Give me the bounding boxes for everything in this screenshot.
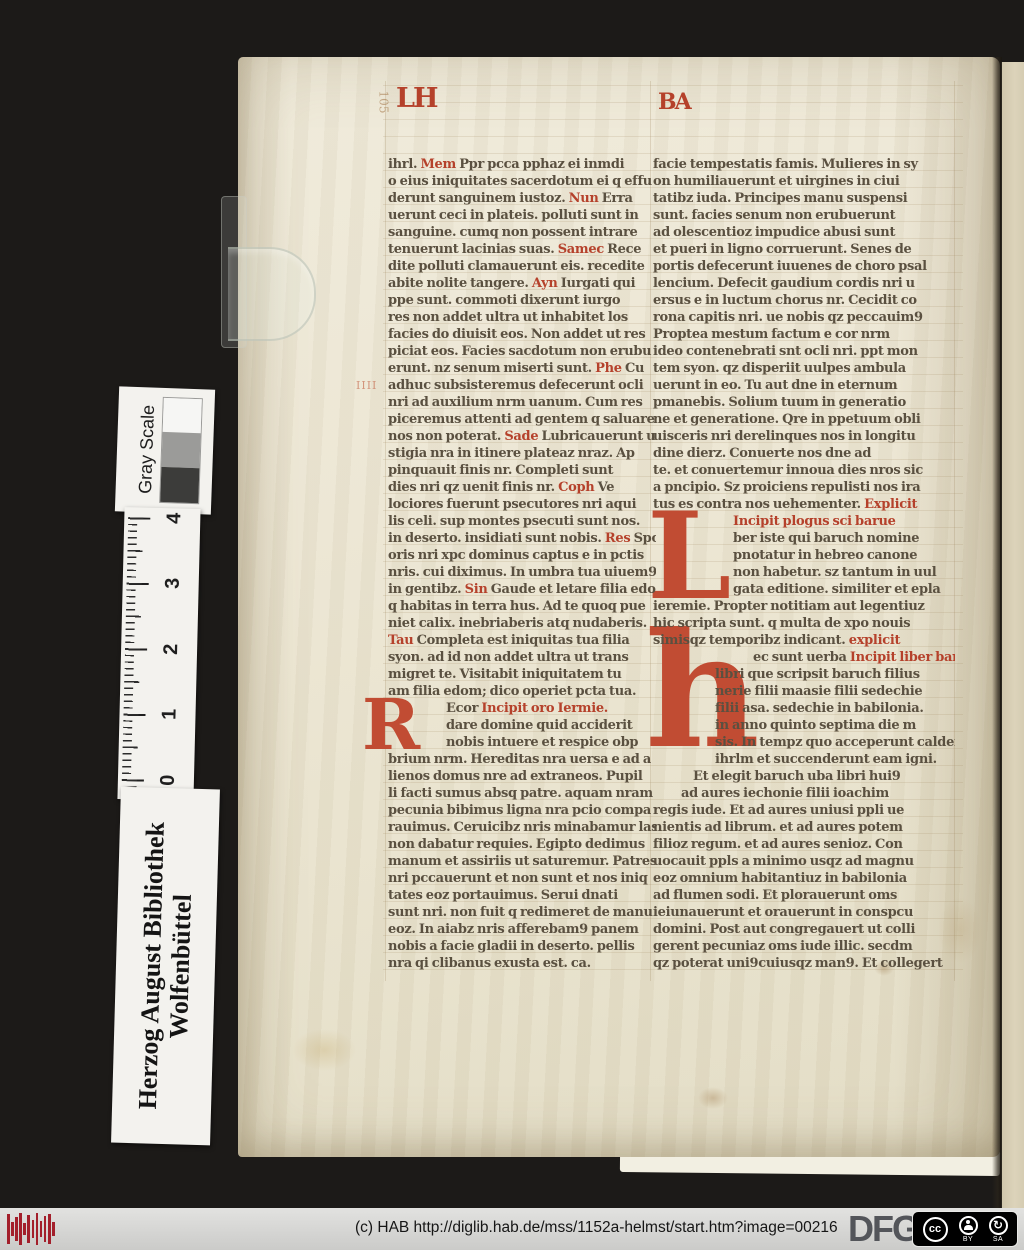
manuscript-line: ersus e in luctum chorus nr. Cecidit co	[653, 292, 955, 309]
manuscript-line: Proptea mestum factum e cor nrm	[653, 326, 955, 343]
manuscript-line: non dabatur requies. Egipto dedimus	[388, 836, 656, 853]
manuscript-line: eoz omnium habitantiuz in babilonia	[653, 870, 955, 887]
manuscript-line: uocauit ppls a minimo usqz ad magnu	[653, 853, 955, 870]
manuscript-line: Incipit plogus sci barue	[733, 513, 955, 530]
manuscript-line: piceremus attenti ad gentem q saluare	[388, 411, 656, 428]
ruler-ticks	[122, 517, 152, 782]
manuscript-line: eoz. In aiabz nris afferebam9 panem	[388, 921, 656, 938]
ruler-number: 4	[163, 507, 184, 529]
manuscript-line: gerent pecuniaz oms iude illic. secdm	[653, 938, 955, 955]
manuscript-line: nri ad auxilium nrm uanum. Cum res	[388, 394, 656, 411]
manuscript-line: piciat eos. Facies sacdotum non erubu	[388, 343, 656, 360]
manuscript-page: LH BA 105 IIII R L h ihrl. Mem Ppr pcca …	[238, 57, 1000, 1157]
stain	[292, 1029, 356, 1071]
manuscript-line: o eius iniquitates sacerdotum ei q effu	[388, 173, 656, 190]
manuscript-line: on humiliauerunt et uirgines in ciui	[653, 173, 955, 190]
manuscript-line: regis iude. Et ad aures uniusi ppli ue	[653, 802, 955, 819]
manuscript-line: stigia nra in itinere plateaz nraz. Ap	[388, 445, 656, 462]
running-header-right: BA	[658, 89, 690, 115]
ruler: 43210	[117, 507, 200, 801]
right-column: facie tempestatis famis. Mulieres in syo…	[653, 156, 955, 972]
manuscript-line: res non addet ultra ut inhabitet los	[388, 309, 656, 326]
manuscript-line: syon. ad id non addet ultra ut trans	[388, 649, 656, 666]
manuscript-line: uerunt in eo. Tu aut dne in eternum	[653, 377, 955, 394]
manuscript-line: nos non poterat. Sade Lubricauerunt ue	[388, 428, 656, 445]
manuscript-line: et pueri in ligno corruerunt. Senes de	[653, 241, 955, 258]
manuscript-line: lociores fuerunt psecutores nri aqui	[388, 496, 656, 513]
cc-by-person-icon	[959, 1216, 978, 1235]
manuscript-line: nri pccauerunt et non sunt et nos iniq	[388, 870, 656, 887]
manuscript-line: nris. cui diximus. In umbra tua uiuem9	[388, 564, 656, 581]
manuscript-line: Ecor Incipit oro Iermie.	[446, 700, 656, 717]
manuscript-line: nerie filii maasie filii sedechie	[715, 683, 955, 700]
cc-sa-arrow-icon: ↻	[989, 1216, 1008, 1235]
manuscript-line: tatibz iuda. Principes manu suspensi	[653, 190, 955, 207]
manuscript-line: lienos domus nre ad extraneos. Pupil	[388, 768, 656, 785]
running-header-left: LH	[396, 83, 437, 114]
manuscript-line: adhuc subsisteremus defecerunt ocli	[388, 377, 656, 394]
manuscript-line: niet calix. inebriaberis atq nudaberis.	[388, 615, 656, 632]
manuscript-line: in deserto. insidiati sunt nobis. Res Sp…	[388, 530, 656, 547]
manuscript-line: libri que scripsit baruch filius	[715, 666, 955, 683]
manuscript-line: ad olescentioz impudice abusi sunt	[653, 224, 955, 241]
gutter-crease	[992, 57, 1002, 1208]
manuscript-line: ieremie. Propter notitiam aut legentiuz	[653, 598, 955, 615]
dfg-logo: DFG	[848, 1207, 918, 1249]
manuscript-line: ad aures iechonie filii ioachim	[681, 785, 955, 802]
manuscript-line: lencium. Defecit gaudium cordis nri u	[653, 275, 955, 292]
manuscript-line: sunt. facies senum non erubuerunt	[653, 207, 955, 224]
manuscript-line: pmanebis. Solium tuum in generatio	[653, 394, 955, 411]
ruler-number: 2	[160, 638, 181, 660]
manuscript-line: a pncipio. Sz proiciens repulisti nos ir…	[653, 479, 955, 496]
manuscript-line: am filia edom; dico operiet pcta tua.	[388, 683, 656, 700]
next-leaf-edge	[1001, 62, 1024, 1208]
manuscript-line: tates eoz portauimus. Serui dnati	[388, 887, 656, 904]
manuscript-line: ideo contenebrati snt ocli nri. ppt mon	[653, 343, 955, 360]
manuscript-line: brium nrm. Hereditas nra uersa e ad a	[388, 751, 656, 768]
cc-by-label: BY	[963, 1236, 973, 1243]
gray-scale-bar	[159, 397, 203, 504]
cc-icon-label: cc	[929, 1223, 941, 1235]
manuscript-line: in gentibz. Sin Gaude et letare filia ed…	[388, 581, 656, 598]
manuscript-line: dies nri qz uenit finis nr. Coph Ve	[388, 479, 656, 496]
manuscript-line: dite polluti clamauerunt eis. recedite	[388, 258, 656, 275]
gray-scale-segment	[161, 432, 200, 468]
cc-icon: cc	[923, 1217, 948, 1242]
left-column: ihrl. Mem Ppr pcca pphaz ei inmdio eius …	[388, 156, 656, 972]
manuscript-line: tem syon. qz disperiit uulpes ambula	[653, 360, 955, 377]
manuscript-line: simisqz temporibz indicant. explicit	[653, 632, 955, 649]
folio-number: 105	[376, 91, 390, 114]
manuscript-line: sanguine. cumq non possent intrare	[388, 224, 656, 241]
hab-logo-icon	[7, 1213, 63, 1245]
manuscript-line: non habetur. sz tantum in uul	[733, 564, 955, 581]
scan-background: { "page": { "running_header_left": "LH",…	[0, 0, 1024, 1250]
manuscript-line: dine dierz. Conuerte nos dne ad	[653, 445, 955, 462]
ruler-number: 1	[158, 703, 179, 725]
manuscript-line: uisceris nri derelinques nos in longitu	[653, 428, 955, 445]
manuscript-line: ppe sunt. commoti dixerunt iurgo	[388, 292, 656, 309]
gray-scale-card: Gray Scale	[115, 386, 215, 514]
cc-license-badge: cc BY ↻ SA	[912, 1211, 1018, 1247]
manuscript-line: sunt nri. non fuit q redimeret de manu	[388, 904, 656, 921]
copyright-text: (c) HAB http://diglib.hab.de/mss/1152a-h…	[355, 1219, 838, 1237]
ruling-vertical	[385, 81, 386, 981]
manuscript-line: uerunt ceci in plateis. polluti sunt in	[388, 207, 656, 224]
manuscript-line: rona capitis nri. ue nobis qz peccauim9	[653, 309, 955, 326]
manuscript-line: te. et conuertemur innoua dies nros sic	[653, 462, 955, 479]
manuscript-line: migret te. Visitabit iniquitatem tu	[388, 666, 656, 683]
gray-scale-segment	[160, 467, 199, 504]
manuscript-line: lis celi. sup montes psecuti sunt nos.	[388, 513, 656, 530]
gray-scale-segment	[163, 398, 202, 434]
footer-bar: (c) HAB http://diglib.hab.de/mss/1152a-h…	[0, 1208, 1024, 1250]
ruler-number: 3	[161, 572, 182, 594]
manuscript-line: oris nri xpc dominus captus e in pctis	[388, 547, 656, 564]
manuscript-line: ne et generatione. Qre in ppetuum obli	[653, 411, 955, 428]
library-label: Herzog August Bibliothek Wolfenbüttel	[132, 822, 198, 1111]
manuscript-line: derunt sanguinem iustoz. Nun Erra	[388, 190, 656, 207]
manuscript-line: qz poterat uni9cuiusqz man9. Et colleger…	[653, 955, 955, 972]
manuscript-line: filioz regum. et ad aures senioz. Con	[653, 836, 955, 853]
manuscript-line: ec sunt uerba Incipit liber barue.	[753, 649, 955, 666]
manuscript-line: filii asa. sedechie in babilonia.	[715, 700, 955, 717]
manuscript-line: hic scripta sunt. q multa de xpo nouis	[653, 615, 955, 632]
manuscript-line: manum et assiriis ut saturemur. Patres	[388, 853, 656, 870]
manuscript-line: rauimus. Ceruicibz nris minabamur lasse	[388, 819, 656, 836]
manuscript-line: Et elegit baruch uba libri hui9	[693, 768, 955, 785]
manuscript-line: sis. In tempz quo acceperunt caldei	[715, 734, 955, 751]
manuscript-line: Tau Completa est iniquitas tua filia	[388, 632, 656, 649]
manuscript-line: pnotatur in hebreo canone	[733, 547, 955, 564]
cc-sa-label: SA	[993, 1236, 1003, 1243]
library-label-card: Herzog August Bibliothek Wolfenbüttel	[111, 787, 220, 1146]
margin-mark: IIII	[356, 379, 377, 392]
manuscript-line: portis defecerunt iuuenes de choro psal	[653, 258, 955, 275]
manuscript-line: ihrl. Mem Ppr pcca pphaz ei inmdi	[388, 156, 656, 173]
manuscript-line: gata editione. similiter et epla	[733, 581, 955, 598]
manuscript-line: tus es contra nos uehementer. Explicit	[653, 496, 955, 513]
manuscript-line: nra qi clibanus exusta est. ca.	[388, 955, 656, 972]
manuscript-line: facie tempestatis famis. Mulieres in sy	[653, 156, 955, 173]
manuscript-line: li facti sumus absq patre. aquam nram	[388, 785, 656, 802]
manuscript-line: ber iste qui baruch nomine	[733, 530, 955, 547]
gray-scale-label: Gray Scale	[135, 405, 159, 495]
manuscript-line: nientis ad librum. et ad aures potem	[653, 819, 955, 836]
manuscript-line: pecunia bibimus ligna nra pcio compa	[388, 802, 656, 819]
manuscript-line: nobis a facie gladii in deserto. pellis	[388, 938, 656, 955]
manuscript-line: dare domine quid acciderit	[446, 717, 656, 734]
manuscript-line: ieiunauerunt et orauerunt in conspcu	[653, 904, 955, 921]
manuscript-line: in anno quinto septima die m	[715, 717, 955, 734]
manuscript-line: tenuerunt lacinias suas. Samec Rece	[388, 241, 656, 258]
page-clip	[228, 247, 316, 341]
manuscript-line: ihrlm et succenderunt eam igni.	[715, 751, 955, 768]
manuscript-line: nobis intuere et respice obp	[446, 734, 656, 751]
manuscript-line: domini. Post aut congregauert ut colli	[653, 921, 955, 938]
manuscript-line: q habitas in terra hus. Ad te quoq pue	[388, 598, 656, 615]
manuscript-line: pinquauit finis nr. Completi sunt	[388, 462, 656, 479]
manuscript-line: abite nolite tangere. Ayn Iurgati qui	[388, 275, 656, 292]
stain	[698, 1087, 728, 1109]
manuscript-line: ad flumen sodi. Et plorauerunt oms	[653, 887, 955, 904]
manuscript-line: facies do diuisit eos. Non addet ut res	[388, 326, 656, 343]
manuscript-line: erunt. nz senum miserti sunt. Phe Cu	[388, 360, 656, 377]
